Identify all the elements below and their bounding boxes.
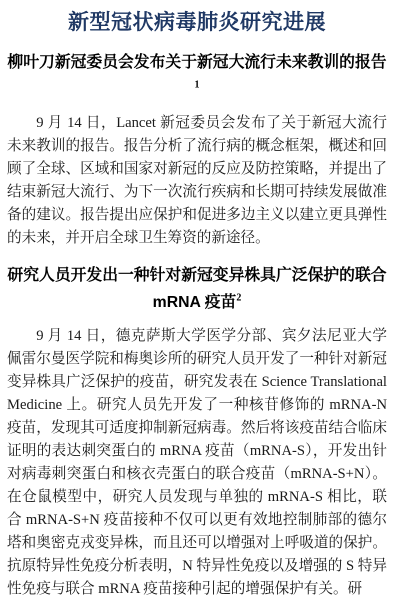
section-2-heading-text: 研究人员开发出一种针对新冠变异株具广泛保护的联合 mRNA 疫苗 — [7, 267, 386, 311]
footnote-marker-2: 2 — [236, 293, 241, 304]
section-lancet-report: 柳叶刀新冠委员会发布关于新冠大流行未来教训的报告1 9 月 14 日，Lance… — [7, 49, 387, 250]
section-2-paragraph: 9 月 14 日，德克萨斯大学医学分部、宾夕法尼亚大学佩雷尔曼医学院和梅奥诊所的… — [7, 325, 387, 595]
section-1-paragraph: 9 月 14 日，Lancet 新冠委员会发布了关于新冠大流行未来教训的报告。报… — [7, 112, 387, 250]
document-title: 新型冠状病毒肺炎研究进展 — [7, 8, 387, 36]
section-1-heading-text: 柳叶刀新冠委员会发布关于新冠大流行未来教训的报告 — [7, 54, 386, 71]
footnote-marker-1: 1 — [195, 80, 200, 91]
document-page: 新型冠状病毒肺炎研究进展 柳叶刀新冠委员会发布关于新冠大流行未来教训的报告1 9… — [0, 0, 394, 595]
section-2-heading: 研究人员开发出一种针对新冠变异株具广泛保护的联合 mRNA 疫苗2 — [7, 262, 387, 316]
section-1-heading: 柳叶刀新冠委员会发布关于新冠大流行未来教训的报告1 — [7, 49, 387, 103]
section-mrna-vaccine: 研究人员开发出一种针对新冠变异株具广泛保护的联合 mRNA 疫苗2 9 月 14… — [7, 262, 387, 595]
